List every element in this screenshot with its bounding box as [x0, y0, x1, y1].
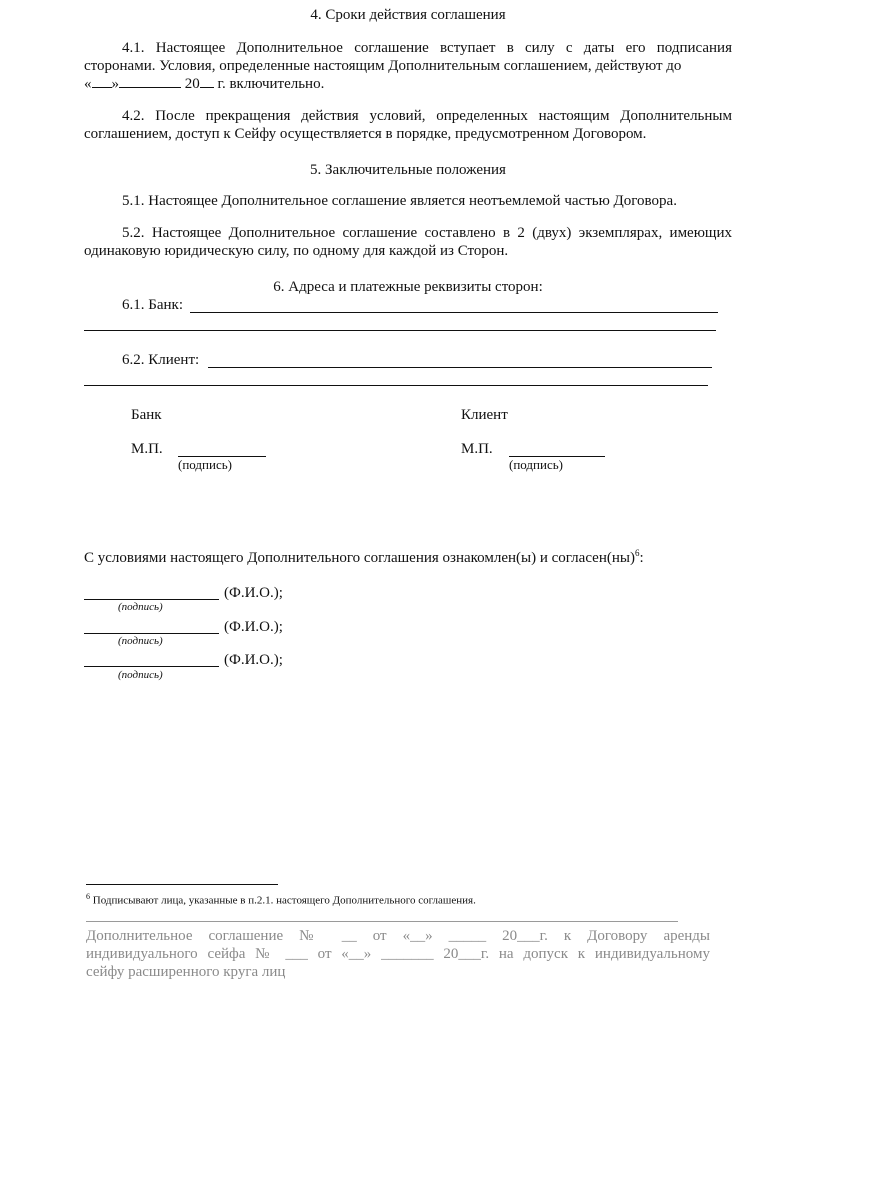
clause-5-2: 5.2. Настоящее Дополнительное соглашение… — [84, 224, 732, 260]
bank-signature-title: Банк — [131, 407, 162, 424]
page-footer-separator — [86, 921, 678, 922]
clause-4-2: 4.2. После прекращения действия условий,… — [84, 107, 732, 143]
ack-fio-3: (Ф.И.О.); — [224, 652, 283, 669]
page-footer: Дополнительное соглашение № __ от «__» _… — [86, 927, 710, 981]
client-details-line-2[interactable] — [84, 385, 708, 386]
acknowledgement-text: С условиями настоящего Дополнительного с… — [84, 548, 644, 567]
ack-fio-1: (Ф.И.О.); — [224, 585, 283, 602]
footnote-text: Подписывают лица, указанные в п.2.1. нас… — [93, 895, 476, 907]
ack-caption-3: (подпись) — [118, 669, 163, 681]
clause-4-1-tail: г. включительно. — [218, 76, 325, 92]
section-4-heading: 4. Сроки действия соглашения — [84, 7, 732, 24]
day-blank[interactable] — [92, 75, 112, 88]
client-signature-caption: (подпись) — [509, 457, 563, 473]
bank-details-label: 6.1. Банк: — [122, 297, 183, 314]
ack-caption-2: (подпись) — [118, 635, 163, 647]
ack-signature-line-1[interactable] — [84, 599, 219, 600]
footnote: 6 Подписывают лица, указанные в п.2.1. н… — [86, 892, 476, 907]
clause-5-1: 5.1. Настоящее Дополнительное соглашение… — [84, 192, 732, 210]
client-stamp-label: М.П. — [461, 441, 493, 458]
quote-close: » — [112, 76, 120, 92]
clause-4-1: 4.1. Настоящее Дополнительное соглашение… — [84, 39, 732, 93]
ack-signature-line-3[interactable] — [84, 666, 219, 667]
ack-signature-line-2[interactable] — [84, 633, 219, 634]
ack-caption-1: (подпись) — [118, 601, 163, 613]
page-footer-line-2: индивидуального сейфа № ___ от «__» ____… — [86, 945, 710, 963]
bank-details-line-2[interactable] — [84, 330, 716, 331]
page-footer-line-3: сейфу расширенного круга лиц — [86, 963, 710, 981]
section-6-heading: 6. Адреса и платежные реквизиты сторон: — [84, 279, 732, 296]
month-blank[interactable] — [119, 75, 181, 88]
bank-stamp-label: М.П. — [131, 441, 163, 458]
quote-open: « — [84, 76, 92, 92]
acknowledgement-body: С условиями настоящего Дополнительного с… — [84, 550, 635, 566]
colon: : — [639, 550, 643, 566]
clause-4-1-date: «» 20 г. включительно. — [84, 75, 732, 93]
section-5-heading: 5. Заключительные положения — [84, 162, 732, 179]
client-signature-title: Клиент — [461, 407, 508, 424]
ack-fio-2: (Ф.И.О.); — [224, 619, 283, 636]
client-details-line-1[interactable] — [208, 367, 712, 368]
page-footer-line-1: Дополнительное соглашение № __ от «__» _… — [86, 927, 710, 945]
bank-signature-caption: (подпись) — [178, 457, 232, 473]
year-prefix: 20 — [185, 76, 200, 92]
bank-details-line-1[interactable] — [190, 312, 718, 313]
footnote-separator — [86, 884, 278, 885]
year-blank[interactable] — [200, 75, 214, 88]
footnote-number: 6 — [86, 892, 90, 901]
clause-4-1-text: 4.1. Настоящее Дополнительное соглашение… — [84, 40, 732, 74]
client-details-label: 6.2. Клиент: — [122, 352, 199, 369]
